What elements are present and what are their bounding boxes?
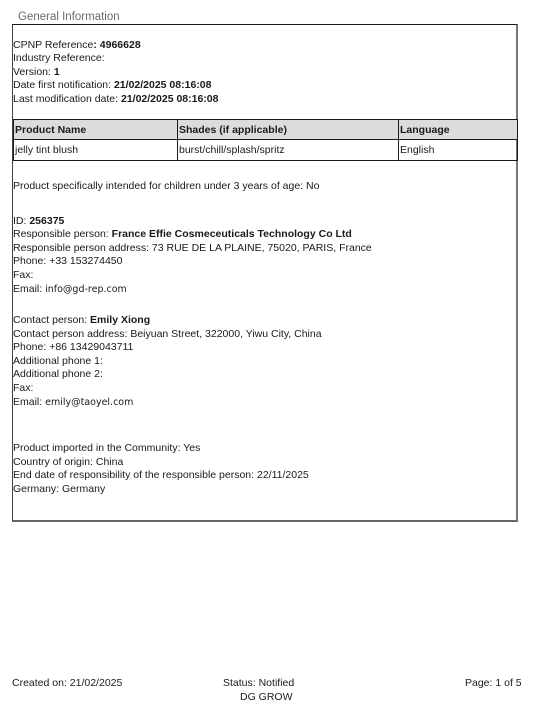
contact-fax: Fax: [13, 382, 33, 395]
general-information-box: CPNP Reference: 4966628 Industry Referen… [12, 24, 518, 522]
header-language: Language [399, 120, 518, 140]
country-of-origin: Country of origin: China [13, 456, 123, 469]
end-date-responsibility: End date of responsibility of the respon… [13, 469, 309, 482]
contact-additional-phone-1: Additional phone 1: [13, 355, 103, 368]
contact-additional-phone-2: Additional phone 2: [13, 368, 103, 381]
cell-language: English [399, 140, 518, 161]
industry-reference: Industry Reference: [13, 52, 105, 65]
last-modification-date: Last modification date: 21/02/2025 08:16… [13, 93, 218, 106]
section-title: General Information [18, 11, 120, 23]
contact-phone: Phone: +86 13429043711 [13, 341, 133, 354]
contact-person: Contact person: Emily Xiong [13, 314, 150, 327]
germany-field: Germany: Germany [13, 483, 105, 496]
cell-shades: burst/chill/splash/spritz [178, 140, 399, 161]
header-shades: Shades (if applicable) [178, 120, 399, 140]
responsible-id: ID: 256375 [13, 215, 64, 228]
footer-status: Status: Notified [223, 677, 294, 689]
responsible-phone: Phone: +33 153274450 [13, 255, 122, 268]
responsible-address: Responsible person address: 73 RUE DE LA… [13, 242, 372, 255]
footer-authority: DG GROW [240, 691, 293, 701]
contact-address: Contact person address: Beiyuan Street, … [13, 328, 322, 341]
header-product-name: Product Name [14, 120, 178, 140]
footer-created-on: Created on: 21/02/2025 [12, 677, 122, 689]
footer-page-number: Page: 1 of 5 [465, 677, 522, 689]
contact-email: Email: emily@taoyel.com [13, 396, 133, 409]
cell-product-name: jelly tint blush [14, 140, 178, 161]
version: Version: 1 [13, 66, 60, 79]
cpnp-reference: CPNP Reference: 4966628 [13, 39, 141, 52]
product-table: Product Name Shades (if applicable) Lang… [13, 119, 518, 161]
table-row: jelly tint blush burst/chill/splash/spri… [14, 140, 518, 161]
product-imported: Product imported in the Community: Yes [13, 442, 200, 455]
children-under-3: Product specifically intended for childr… [13, 180, 319, 193]
responsible-fax: Fax: [13, 269, 33, 282]
responsible-email: Email: info@gd-rep.com [13, 283, 127, 296]
responsible-person: Responsible person: France Effie Cosmece… [13, 228, 352, 241]
table-header-row: Product Name Shades (if applicable) Lang… [14, 120, 518, 140]
date-first-notification: Date first notification: 21/02/2025 08:1… [13, 79, 211, 92]
